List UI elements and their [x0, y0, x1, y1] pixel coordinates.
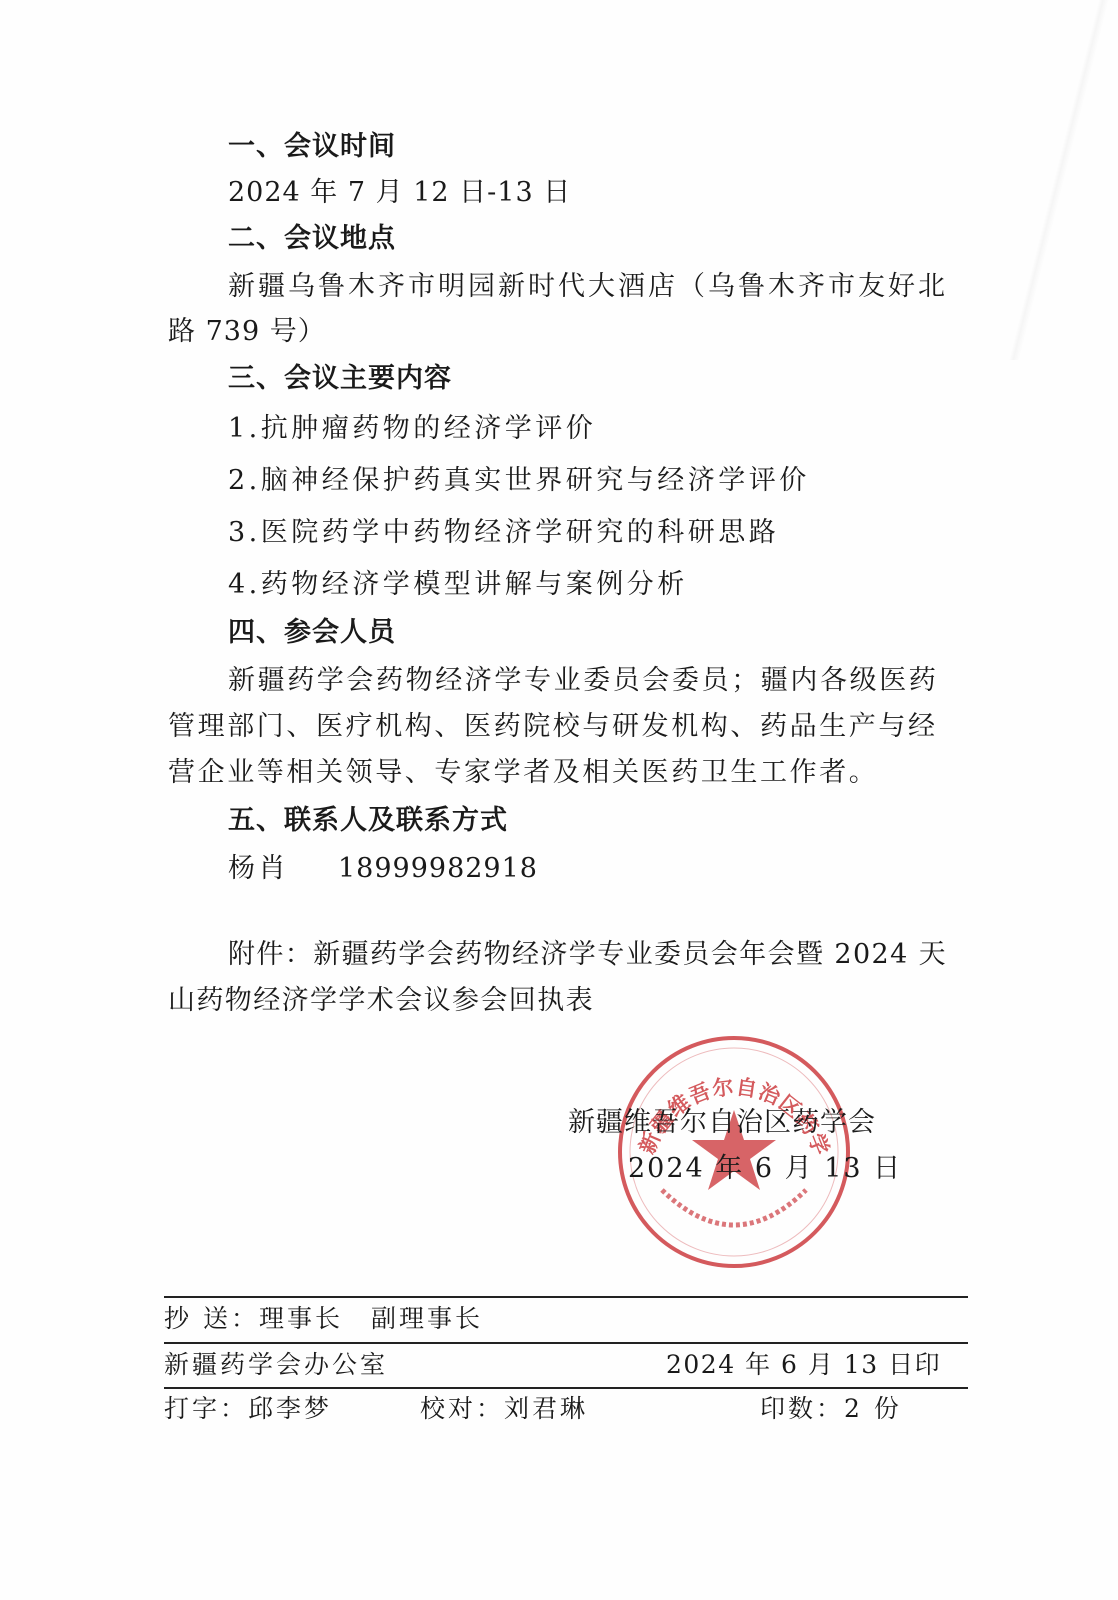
- meeting-location-line-1: 新疆乌鲁木齐市明园新时代大酒店（乌鲁木齐市友好北: [228, 270, 948, 304]
- section-heading-content: 三、会议主要内容: [228, 362, 452, 396]
- document-page: 一、会议时间 2024 年 7 月 12 日-13 日 二、会议地点 新疆乌鲁木…: [0, 0, 1118, 1600]
- attachment-line-2: 山药物经济学学术会议参会回执表: [168, 984, 594, 1018]
- section-heading-contact: 五、联系人及联系方式: [228, 804, 508, 838]
- footer-rule-middle: [164, 1342, 968, 1344]
- section-heading-time: 一、会议时间: [228, 130, 396, 164]
- issuer: 新疆药学会办公室: [164, 1348, 388, 1382]
- copies-count: 2 份: [844, 1394, 902, 1423]
- contact-name: 杨肖: [228, 852, 289, 886]
- meeting-location-line-2: 路 739 号）: [168, 315, 326, 349]
- attachment-line-1: 附件：新疆药学会药物经济学专业委员会年会暨 2024 天: [228, 938, 947, 972]
- attendees-line-2: 管理部门、医疗机构、医药院校与研发机构、药品生产与经: [168, 710, 938, 744]
- section-heading-location: 二、会议地点: [228, 222, 396, 256]
- footer-rule-bottom: [164, 1387, 968, 1389]
- cc-row: 抄 送：理事长 副理事长: [164, 1302, 483, 1336]
- typist-name: 邱李梦: [248, 1394, 332, 1423]
- footer-rule-top: [164, 1296, 968, 1298]
- proofreader-name: 刘君琳: [504, 1394, 588, 1423]
- proofreader-row: 校对：刘君琳: [420, 1392, 588, 1426]
- proofreader-label: 校对：: [420, 1394, 504, 1423]
- typist-row: 打字：邱李梦: [164, 1392, 332, 1426]
- cc-label: 抄 送：: [164, 1304, 259, 1333]
- attendees-line-1: 新疆药学会药物经济学专业委员会委员；疆内各级医药: [228, 664, 938, 698]
- copies-row: 印数：2 份: [760, 1392, 902, 1426]
- signature-date: 2024 年 6 月 13 日: [628, 1152, 902, 1186]
- typist-label: 打字：: [164, 1394, 248, 1423]
- contact-phone: 18999982918: [338, 852, 538, 886]
- attendees-line-3: 营企业等相关领导、专家学者及相关医药卫生工作者。: [168, 756, 878, 790]
- paper-fold-shadow: [998, 0, 1118, 360]
- section-heading-attendees: 四、参会人员: [228, 616, 396, 650]
- content-item-2: 2.脑神经保护药真实世界研究与经济学评价: [228, 464, 810, 498]
- content-item-3: 3.医院药学中药物经济学研究的科研思路: [228, 516, 779, 550]
- meeting-date: 2024 年 7 月 12 日-13 日: [228, 176, 571, 210]
- content-item-1: 1.抗肿瘤药物的经济学评价: [228, 412, 596, 446]
- content-item-4: 4.药物经济学模型讲解与案例分析: [228, 568, 688, 602]
- print-date: 2024 年 6 月 13 日印: [666, 1348, 941, 1382]
- copies-label: 印数：: [760, 1394, 844, 1423]
- signature-organization: 新疆维吾尔自治区药学会: [568, 1106, 876, 1140]
- cc-recipients: 理事长 副理事长: [259, 1304, 483, 1333]
